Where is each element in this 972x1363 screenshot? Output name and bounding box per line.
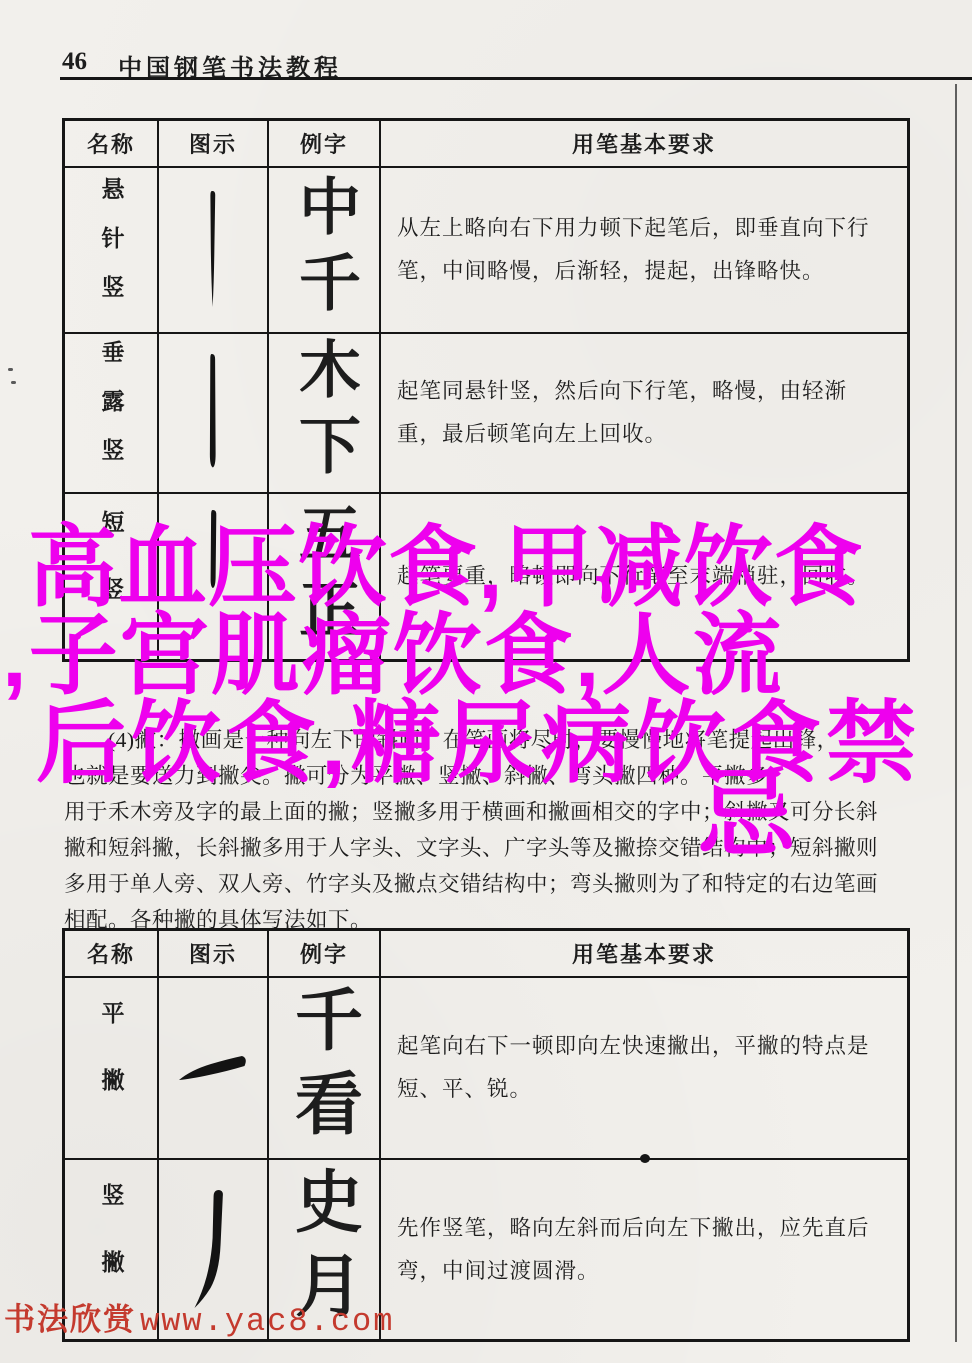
stroke-table-bottom: 名称 图示 例字 用笔基本要求 平撇 千看 起笔向右下一顿即向左快速撇出，平撇的…: [62, 928, 910, 1342]
ink-speck: [640, 1154, 650, 1163]
example-characters-cell: 千看: [269, 978, 381, 1160]
requirement-cell: 从左上略向右下用力顿下起笔后，即垂直向下行笔，中间略慢，后渐轻，提起，出锋略快。: [381, 168, 907, 334]
margin-mark: [11, 381, 16, 384]
scan-edge-line: [955, 84, 957, 1342]
requirement-cell: 起笔同悬针竖，然后向下行笔，略慢，由轻渐重，最后顿笔向左上回收。: [381, 334, 907, 494]
stroke-name-cell: 平撇: [65, 978, 159, 1160]
hanging-needle-vertical-stroke-icon: [202, 189, 224, 311]
paragraph-line: 多用于单人旁、双人旁、竹字头及撇点交错结构中；弯头撇则为了和特定的右边笔画: [64, 866, 924, 902]
example-characters-cell: 木下: [269, 334, 381, 494]
watermark-site-url: www.yac8.com: [140, 1303, 394, 1340]
column-header-requirements: 用笔基本要求: [381, 931, 907, 978]
site-watermark: 书法欣赏 www.yac8.com: [4, 1294, 394, 1340]
example-characters: 木下: [280, 337, 369, 489]
overlay-text-line-4: 忌: [698, 766, 795, 863]
stroke-illustration-cell: [159, 978, 269, 1160]
column-header-example: 例字: [269, 931, 381, 978]
stroke-name: 平撇: [95, 1001, 128, 1135]
stroke-name: 垂露竖: [95, 340, 128, 487]
header-rule: [60, 77, 972, 80]
flat-left-falling-stroke-icon: [176, 1053, 250, 1083]
stroke-name-cell: 悬针竖: [65, 168, 159, 334]
paragraph-line: 撇和短斜撇，长斜撇多用于人字头、文字头、广字头等及撇捺交错结构中；短斜撇则: [64, 830, 924, 866]
stroke-illustration-cell: [159, 168, 269, 334]
column-header-illustration: 图示: [159, 931, 269, 978]
example-characters: 千看: [276, 984, 373, 1152]
requirement-cell: 先作竖笔，略向左斜而后向左下撇出，应先直后弯，中间过渡圆滑。: [381, 1160, 907, 1339]
stroke-name-cell: 垂露竖: [65, 334, 159, 494]
paragraph-line: 用于禾木旁及字的最上面的撇；竖撇多用于横画和撇画相交的字中；斜撇又可分长斜: [64, 794, 924, 830]
page-number: 46: [62, 48, 87, 76]
overlay-text-line-2: ,子宫肌瘤饮食,人流: [2, 611, 783, 700]
stroke-name: 悬针竖: [95, 177, 128, 324]
watermark-site-name: 书法欣赏: [4, 1302, 136, 1337]
column-header-example: 例字: [269, 121, 381, 168]
column-header-requirements: 用笔基本要求: [381, 121, 907, 168]
requirement-text: 起笔向右下一顿即向左快速撇出，平撇的特点是短、平、锐。: [397, 1025, 887, 1111]
requirement-text: 先作竖笔，略向左斜而后向左下撇出，应先直后弯，中间过渡圆滑。: [397, 1207, 887, 1293]
stroke-illustration-cell: [159, 334, 269, 494]
scanned-page: 46 中国钢笔书法教程 名称 图示 例字 用笔基本要求 悬针竖 中千 从左上略向…: [0, 0, 972, 1363]
column-header-name: 名称: [65, 931, 159, 978]
overlay-text-line-1: 高血压饮食,甲减饮食: [28, 523, 864, 612]
margin-mark: [8, 368, 13, 371]
example-characters: 中千: [280, 174, 369, 326]
example-characters-cell: 中千: [269, 168, 381, 334]
column-header-name: 名称: [65, 121, 159, 168]
dew-drop-vertical-stroke-icon: [202, 352, 224, 474]
vertical-left-falling-stroke-icon: [192, 1188, 234, 1312]
requirement-text: 起笔同悬针竖，然后向下行笔，略慢，由轻渐重，最后顿笔向左上回收。: [397, 370, 887, 456]
requirement-cell: 起笔向右下一顿即向左快速撇出，平撇的特点是短、平、锐。: [381, 978, 907, 1160]
column-header-illustration: 图示: [159, 121, 269, 168]
requirement-text: 从左上略向右下用力顿下起笔后，即垂直向下行笔，中间略慢，后渐轻，提起，出锋略快。: [397, 207, 887, 293]
